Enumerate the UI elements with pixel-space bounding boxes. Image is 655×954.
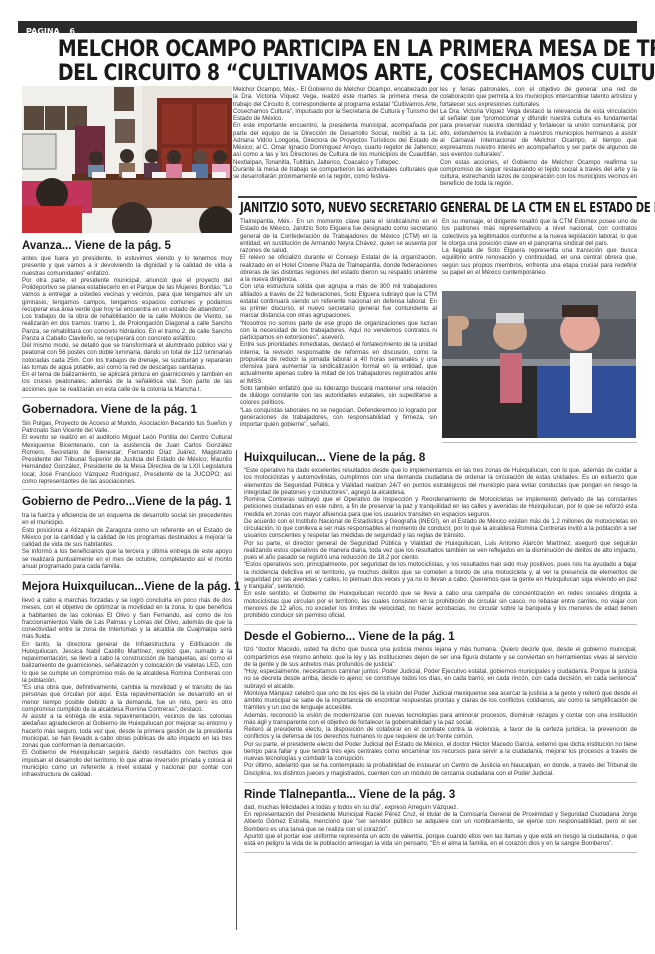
page-number-bar: PAGINA 6 [18, 21, 637, 33]
paragraph: De acuerdo con el Instituto Nacional de … [244, 518, 637, 540]
paragraph: En su mensaje, el dirigente resaltó que … [442, 218, 637, 247]
story-divider [244, 852, 637, 853]
paragraph: El evento se realizó en el auditorio Mig… [22, 434, 232, 485]
photo-divider [442, 442, 637, 443]
meeting-photo-illustration [22, 86, 232, 233]
paragraph: “Este operativo ha dado excelentes resul… [244, 467, 637, 496]
paragraph: Soto también enfatizó que su liderazgo b… [240, 385, 437, 407]
ctm-article-col2: En su mensaje, el dirigente resaltó que … [442, 218, 637, 276]
paragraph: antes que fuera yo presidente, lo estuvi… [22, 255, 232, 277]
paragraph: En este importante encuentro, la preside… [233, 122, 438, 166]
paragraph: Con una estructura sólida que agrupa a m… [240, 283, 437, 319]
paragraph: Romina Contreras subrayó que el Operativ… [244, 496, 637, 518]
main-article-col1: Melchor Ocampo, Méx.- El Gobierno de Mel… [233, 86, 438, 180]
celebration-photo-illustration [442, 291, 636, 438]
paragraph: les y ferias patronales, con el objetivo… [440, 86, 637, 108]
story-divider [22, 574, 232, 575]
paragraph: “Las conquistas laborales no se negocian… [240, 407, 437, 429]
story-body-desde-el-gobierno: tizó “doctor Macedo, usted ha dicho que … [244, 646, 637, 777]
section-divider [238, 196, 637, 198]
story-title-rinde-tlalnepantla: Rinde Tlalnepantla... Viene de la pág. 3 [244, 789, 637, 801]
right-continuations: Huixquilucan... Viene de la pág. 8 “Este… [244, 452, 637, 853]
story-body-mejora-huixquilucan: llevó a cabo a marchas forzadas y se log… [22, 597, 232, 778]
paragraph: Con estas acciones, el Gobierno de Melch… [440, 159, 637, 188]
paragraph: En este sentido, el Gobierno de Huixquil… [244, 590, 637, 619]
paragraph: Se informó a los beneficiarios que la te… [22, 548, 232, 570]
story-divider [244, 624, 637, 625]
ctm-headline: JANITZIO SOTO, NUEVO SECRETARIO GENERAL … [240, 200, 536, 216]
paragraph: Por su parte, el director general de Seg… [244, 540, 637, 562]
story-divider [22, 489, 232, 490]
paragraph: La llegada de Soto Elguera representa un… [442, 247, 637, 276]
paragraph: tizó “doctor Macedo, usted ha dicho que … [244, 646, 637, 668]
ctm-article-col1: Tlalnepantla, Méx.- En un momento clave … [240, 218, 437, 428]
paragraph: En el tema de balizamiento, se aplicará … [22, 371, 232, 393]
paragraph: tra la fuerza y eficiencia de un esquema… [22, 512, 232, 527]
paragraph: El relevo se oficializó durante el Conse… [240, 254, 437, 283]
paragraph: “Nosotros no somos parte de ese grupo de… [240, 320, 437, 342]
paragraph: Melchor Ocampo, Méx.- El Gobierno de Mel… [233, 86, 438, 122]
paragraph: Por otra parte, el presidente municipal,… [22, 277, 232, 313]
story-title-desde-el-gobierno: Desde el Gobierno... Viene de la pág. 1 [244, 631, 637, 643]
main-article-col2: les y ferias patronales, con el objetivo… [440, 86, 637, 188]
paragraph: Al asistir a la entrega de esta repavime… [22, 713, 232, 749]
paragraph: dad, muchas felicidades a todas y todos … [244, 804, 637, 811]
story-title-gobierno-pedro: Gobierno de Pedro...Viene de la pág. 1 [22, 496, 232, 508]
story-body-gobierno-pedro: tra la fuerza y eficiencia de un esquema… [22, 512, 232, 570]
story-divider [22, 397, 232, 398]
paragraph: Sin Pulgas, Proyecto de Acceso al Mundo,… [22, 420, 232, 435]
paragraph: Por último, adelantó que se ha contempla… [244, 762, 637, 777]
paragraph: Apuntó que el portar ese uniforme repres… [244, 833, 637, 848]
main-headline-line1: MELCHOR OCAMPO PARTICIPA EN LA PRIMERA M… [58, 37, 597, 62]
paragraph: Por su parte, el presidente electo del P… [244, 741, 637, 763]
paragraph: Entre sus prioridades inmediatas, destac… [240, 341, 437, 385]
paragraph: Además, reconoció la visión de moderniza… [244, 712, 637, 727]
story-divider [244, 782, 637, 783]
paragraph: Los trabajos de la obra de rehabilitació… [22, 313, 232, 342]
main-headline-line2: DEL CIRCUITO 8 “CULTIVAMOS ARTE, COSECHA… [58, 61, 597, 86]
ctm-article-photo [442, 291, 636, 438]
story-body-rinde-tlalnepantla: dad, muchas felicidades a todas y todos … [244, 804, 637, 848]
paragraph: “Estos operativos son, principalmente, p… [244, 561, 637, 590]
column-separator [236, 450, 237, 930]
paragraph: En tanto, la directora general de Infrae… [22, 641, 232, 685]
page-number: 6 [65, 27, 75, 36]
paragraph: Tlalnepantla, Méx.- En un momento clave … [240, 218, 437, 254]
main-article-photo [22, 86, 232, 233]
story-title-huixquilucan: Huixquilucan... Viene de la pág. 8 [244, 452, 637, 464]
paragraph: Montoya Márquez celebró que uno de los e… [244, 690, 637, 712]
paragraph: La Dra. Victoria Víquez Vega destacó la … [440, 108, 637, 159]
paragraph: El Gobierno de Huixquilucan seguirá dand… [22, 749, 232, 778]
story-body-avanza: antes que fuera yo presidente, lo estuvi… [22, 255, 232, 393]
paragraph: Durante la mesa de trabajo se compartier… [233, 166, 438, 181]
story-body-gobernadora: Sin Pulgas, Proyecto de Acceso al Mundo,… [22, 420, 232, 485]
paragraph: En representación del Presidente Municip… [244, 811, 637, 833]
story-title-avanza: Avanza... Viene de la pág. 5 [22, 240, 232, 252]
story-body-huixquilucan: “Este operativo ha dado excelentes resul… [244, 467, 637, 619]
story-title-mejora-huixquilucan: Mejora Huixquilucan...Viene de la pág. 1 [22, 581, 232, 593]
paragraph: Del mismo modo, se detalló que se transf… [22, 342, 232, 371]
left-continuations: Avanza... Viene de la pág. 5 antes que f… [22, 240, 232, 778]
paragraph: “Es una obra que, definitivamente, cambi… [22, 684, 232, 713]
page-label: PAGINA 6 [18, 27, 75, 36]
story-title-gobernadora: Gobernadora. Viene de la pág. 1 [22, 404, 232, 416]
page-label-text: PAGINA [22, 27, 60, 36]
paragraph: Reiteró al presidente electo, la disposi… [244, 726, 637, 741]
paragraph: “Hoy, especialmente, necesitamos caminar… [244, 668, 637, 690]
paragraph: llevó a cabo a marchas forzadas y se log… [22, 597, 232, 641]
paragraph: Esto posiciona a Atizapán de Zaragoza co… [22, 527, 232, 549]
